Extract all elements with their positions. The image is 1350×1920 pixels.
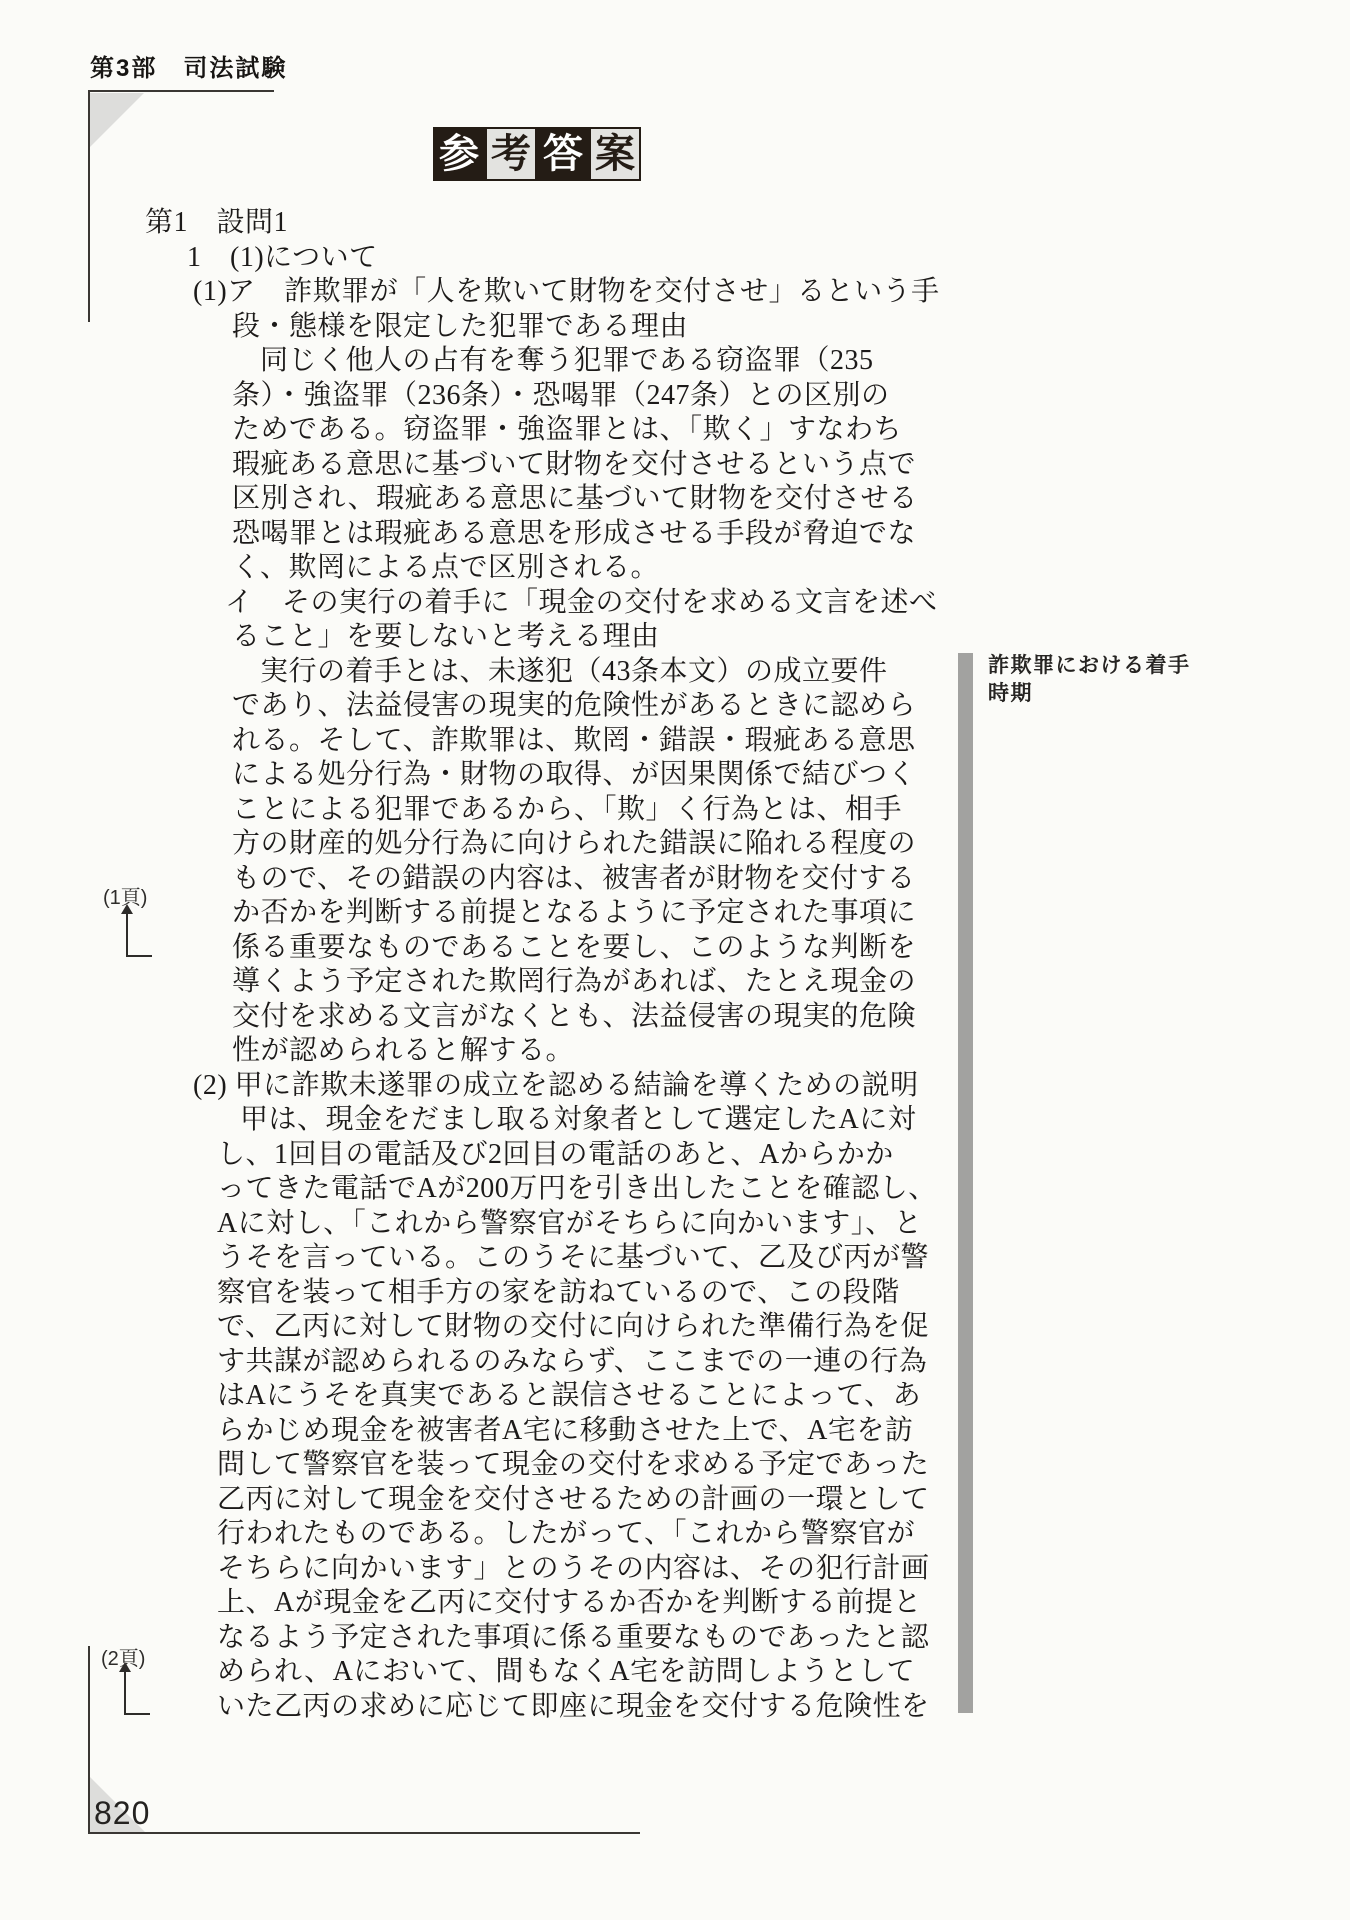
part-header: 第3部 司法試験 xyxy=(90,48,287,83)
body-text-line: 区別され、瑕疵ある意思に基づいて財物を交付させる xyxy=(232,482,918,517)
body-text-line: 方の財産的処分行為に向けられた錯誤に陥れる程度の xyxy=(232,827,916,862)
body-text-line: (1)ア 詐欺罪が「人を欺いて財物を交付させ」るという手 xyxy=(193,275,940,310)
body-text-line: はAにうそを真実であると誤信させることによって、あ xyxy=(217,1379,921,1414)
body-text-line: うそを言っている。このうそに基づいて、乙及び丙が警 xyxy=(217,1241,929,1276)
margin-note: 詐欺罪における着手 xyxy=(988,649,1191,679)
body-text-line: ってきた電話でAが200万円を引き出したことを確認し、 xyxy=(217,1172,937,1207)
body-text-line: められ、Aにおいて、間もなくA宅を訪問しようとして xyxy=(217,1655,915,1690)
margin-note: 時期 xyxy=(988,677,1033,707)
header-rule xyxy=(88,90,274,92)
footer-rule xyxy=(88,1832,640,1834)
body-text-line: で、乙丙に対して財物の交付に向けられた準備行為を促 xyxy=(217,1310,929,1345)
corner-triangle-top xyxy=(90,93,144,147)
body-text-line: そちらに向かいます」とのうその内容は、その犯行計画 xyxy=(217,1552,930,1587)
body-text-line: ためである。窃盗罪・強盗罪とは、「欺く」すなわち xyxy=(232,413,902,448)
body-text-line: か否かを判断する前提となるように予定された事項に xyxy=(232,896,916,931)
section-title: 参 考 答 案 xyxy=(433,127,641,181)
body-text-line: 上、Aが現金を乙丙に交付するか否かを判断する前提と xyxy=(217,1586,922,1621)
body-text-line: く、欺罔による点で区別される。 xyxy=(232,551,659,586)
title-char-box: 答 xyxy=(537,127,589,181)
body-text-line: による処分行為・財物の取得、が因果関係で結びつく xyxy=(232,758,916,793)
body-text-line: 甲は、現金をだまし取る対象者として選定したAに対 xyxy=(240,1103,916,1138)
title-char-box: 案 xyxy=(589,127,641,181)
page-marker-arrow-icon xyxy=(124,1671,150,1715)
body-text-line: 交付を求める文言がなくとも、法益侵害の現実的危険 xyxy=(232,1000,916,1035)
body-text-line: らかじめ現金を被害者A宅に移動させた上で、A宅を訪 xyxy=(217,1414,913,1449)
body-text-line: 行われたものである。したがって、「これから警察官が xyxy=(217,1517,915,1552)
body-text-line: (2) 甲に詐欺未遂罪の成立を認める結論を導くための説明 xyxy=(193,1069,919,1104)
body-text-line: いた乙丙の求めに応じて即座に現金を交付する危険性を xyxy=(217,1690,930,1725)
page-marker-arrow-icon xyxy=(126,913,152,957)
margin-highlight-bar xyxy=(958,653,973,1713)
page-number: 820 xyxy=(94,1795,150,1832)
book-page: 第3部 司法試験 参 考 答 案 第1 設問11 (1)について(1)ア 詐欺罪… xyxy=(0,0,1350,1920)
body-text-line: 導くよう予定された欺罔行為があれば、たとえ現金の xyxy=(232,965,916,1000)
body-text-line: 同じく他人の占有を奪う犯罪である窃盗罪（235 xyxy=(260,344,874,379)
body-text-line: れる。そして、詐欺罪は、欺罔・錯誤・瑕疵ある意思 xyxy=(232,724,915,759)
body-text-line: であり、法益侵害の現実的危険性があるときに認めら xyxy=(232,689,916,724)
body-text-line: 段・態様を限定した犯罪である理由 xyxy=(232,310,688,345)
body-text-line: 係る重要なものであることを要し、このような判断を xyxy=(232,931,916,966)
body-text-line: 条）・強盗罪（236条）・恐喝罪（247条）との区別の xyxy=(232,379,890,414)
body-text-line: 察官を装って相手方の家を訪ねているので、この段階 xyxy=(217,1276,900,1311)
body-text-line: 恐喝罪とは瑕疵ある意思を形成させる手段が脅迫でな xyxy=(232,517,916,552)
body-text-line: ること」を要しないと考える理由 xyxy=(232,620,660,655)
body-text-line: Aに対し、「これから警察官がそちらに向かいます」、と xyxy=(217,1207,922,1242)
body-text-line: 第1 設問1 xyxy=(145,206,288,241)
body-text-line: もので、その錯誤の内容は、被害者が財物を交付する xyxy=(232,862,915,897)
body-text-line: なるよう予定された事項に係る重要なものであったと認 xyxy=(217,1621,929,1656)
title-char-box: 参 xyxy=(433,127,485,181)
body-text-line: 実行の着手とは、未遂犯（43条本文）の成立要件 xyxy=(260,655,888,690)
body-text-line: ことによる犯罪であるから、「欺」く行為とは、相手 xyxy=(232,793,902,828)
body-text-line: 性が認められると解する。 xyxy=(232,1034,574,1069)
body-text-line: 1 (1)について xyxy=(187,241,378,276)
body-text-line: す共謀が認められるのみならず、ここまでの一連の行為 xyxy=(217,1345,927,1380)
title-char-box: 考 xyxy=(485,127,537,181)
body-text-line: 瑕疵ある意思に基づいて財物を交付させるという点で xyxy=(232,448,916,483)
body-text-line: イ その実行の着手に「現金の交付を求める文言を述べ xyxy=(225,586,938,621)
body-text-line: し、1回目の電話及び2回目の電話のあと、Aからかか xyxy=(217,1138,894,1173)
body-text-line: 問して警察官を装って現金の交付を求める予定であった xyxy=(217,1448,929,1483)
body-text-line: 乙丙に対して現金を交付させるための計画の一環として xyxy=(217,1483,930,1518)
